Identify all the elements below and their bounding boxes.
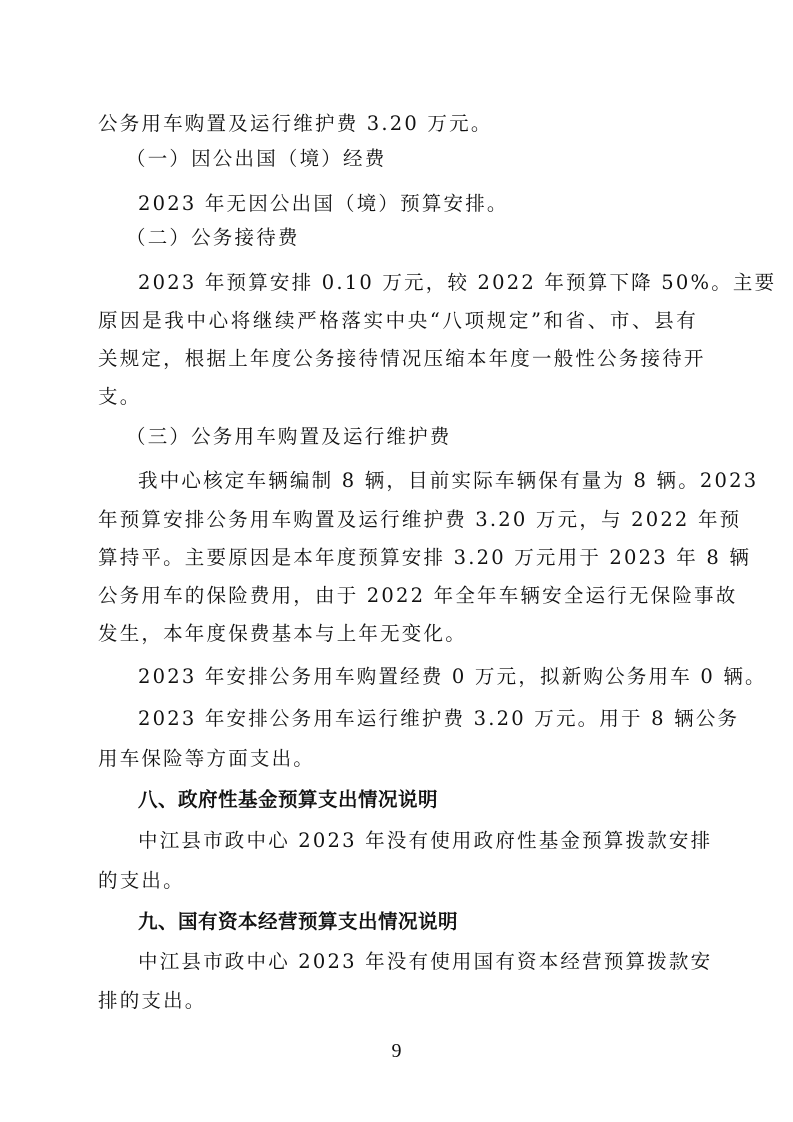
paragraph-line: （一）因公出国（境）经费	[126, 147, 726, 171]
paragraph-line: 中江县市政中心 2023 年没有使用政府性基金预算拨款安排	[138, 829, 698, 853]
section-heading: 八、政府性基金预算支出情况说明	[138, 788, 738, 812]
paragraph-line: 支。	[98, 385, 698, 409]
page-number: 9	[0, 1040, 793, 1063]
paragraph-line: 2023 年安排公务用车运行维护费 3.20 万元。用于 8 辆公务	[138, 707, 698, 731]
paragraph-line: 公务用车购置及运行维护费 3.20 万元。	[98, 112, 698, 136]
paragraph-line: 年预算安排公务用车购置及运行维护费 3.20 万元，与 2022 年预	[98, 508, 698, 532]
section-heading: 九、国有资本经营预算支出情况说明	[138, 910, 738, 934]
paragraph-line: 的支出。	[98, 869, 698, 893]
paragraph-line: 公务用车的保险费用，由于 2022 年全年车辆安全运行无保险事故	[98, 584, 698, 608]
paragraph-line: 发生，本年度保费基本与上年无变化。	[98, 622, 698, 646]
paragraph-line: （二）公务接待费	[126, 226, 726, 250]
paragraph-line: 我中心核定车辆编制 8 辆，目前实际车辆保有量为 8 辆。2023	[138, 469, 698, 493]
paragraph-line: 2023 年安排公务用车购置经费 0 万元，拟新购公务用车 0 辆。	[138, 665, 698, 689]
paragraph-line: 2023 年预算安排 0.10 万元，较 2022 年预算下降 50%。主要	[138, 271, 698, 295]
paragraph-line: 排的支出。	[98, 989, 698, 1013]
paragraph-line: 用车保险等方面支出。	[98, 747, 698, 771]
paragraph-line: 2023 年无因公出国（境）预算安排。	[138, 192, 738, 216]
paragraph-line: 关规定，根据上年度公务接待情况压缩本年度一般性公务接待开	[98, 347, 698, 371]
paragraph-line: 算持平。主要原因是本年度预算安排 3.20 万元用于 2023 年 8 辆	[98, 546, 698, 570]
paragraph-line: 原因是我中心将继续严格落实中央“八项规定”和省、市、县有	[98, 309, 698, 333]
paragraph-line: 中江县市政中心 2023 年没有使用国有资本经营预算拨款安	[138, 950, 698, 974]
paragraph-line: （三）公务用车购置及运行维护费	[126, 425, 726, 449]
